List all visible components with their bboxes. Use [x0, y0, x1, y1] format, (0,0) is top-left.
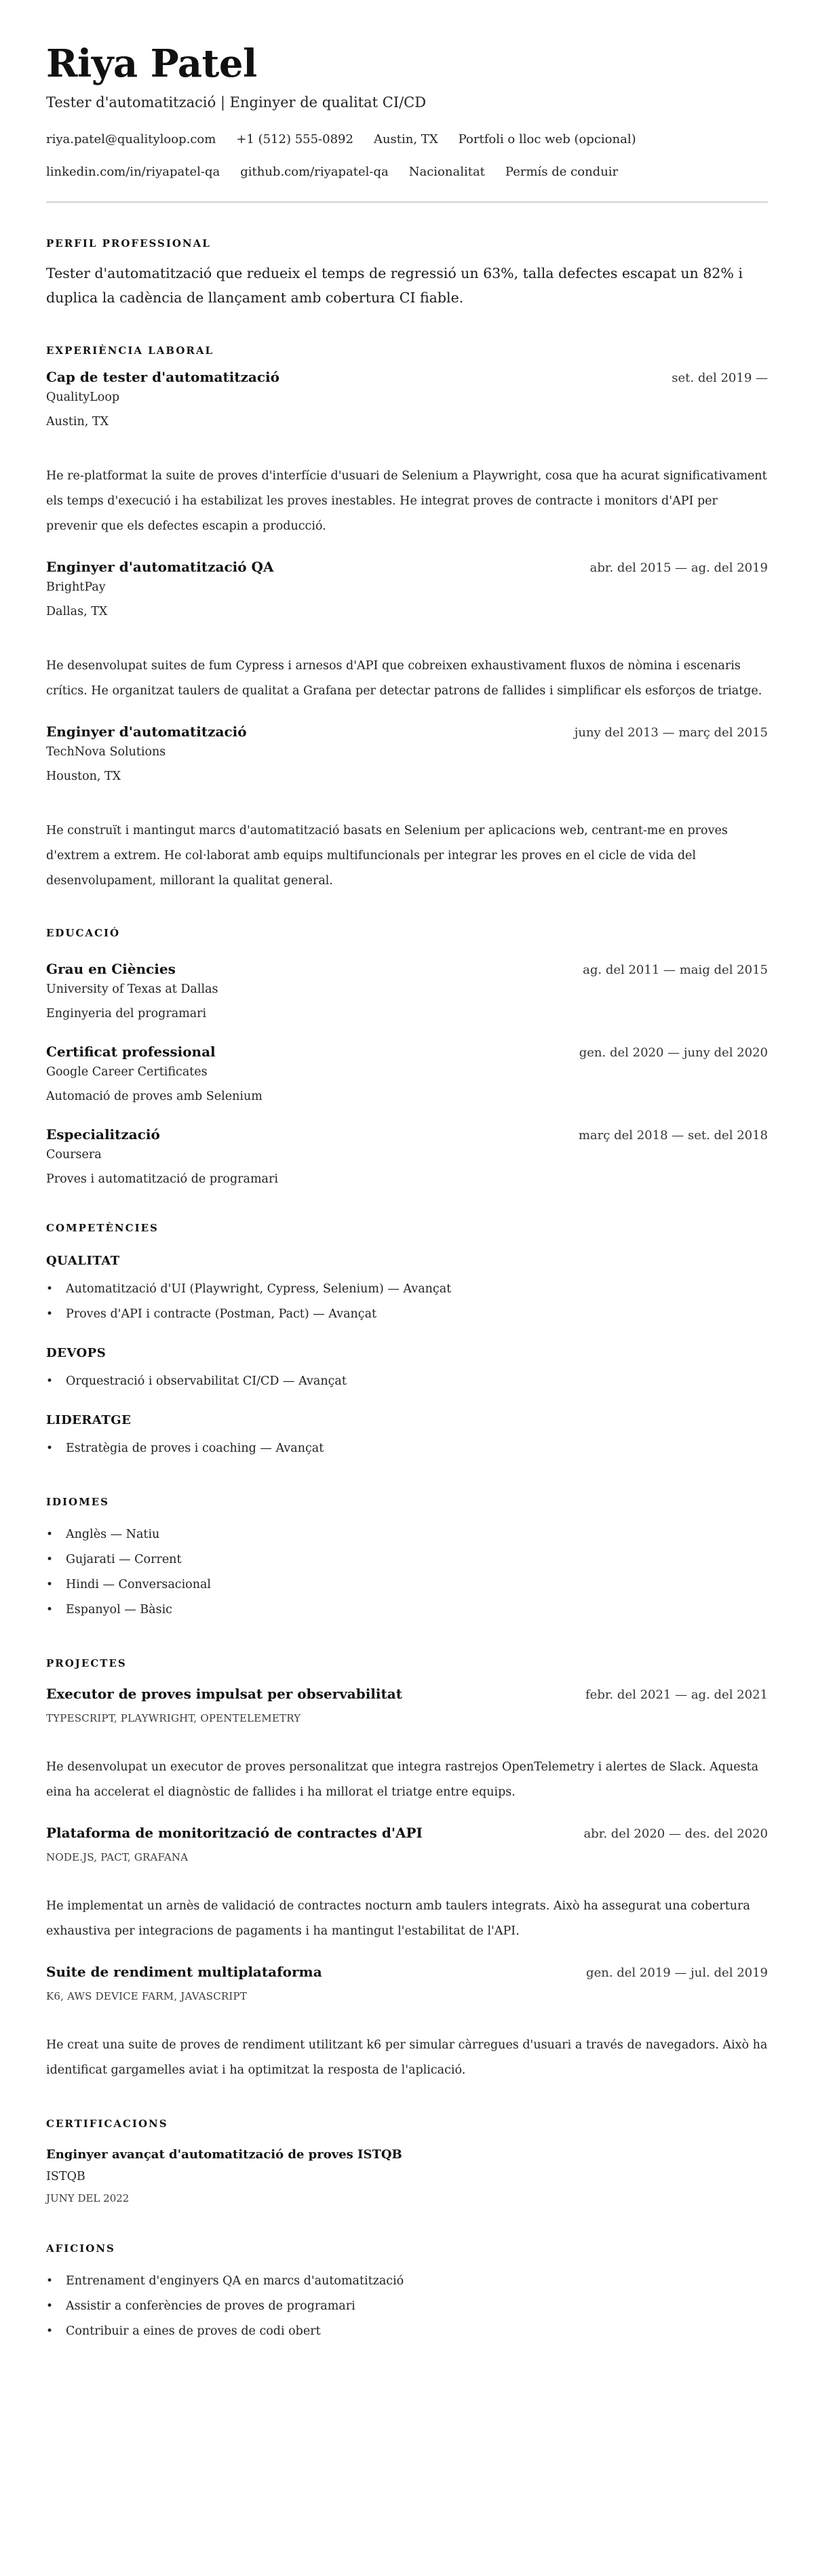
project-description: He desenvolupat un executor de proves pe… [46, 1755, 768, 1805]
language-list: Anglès — Natiu Gujarati — Corrent Hindi … [46, 1522, 768, 1623]
education-field: Proves i automatització de programari [46, 1170, 768, 1189]
certification-entry: Enginyer avançat d'automatització de pro… [46, 2145, 768, 2206]
project-dates: abr. del 2020 — des. del 2020 [583, 1825, 768, 1844]
section-title-profile: Perfil professional [46, 237, 768, 250]
profile-summary: Tester d'automatització que redueix el t… [46, 261, 768, 310]
contact-portfolio[interactable]: Portfoli o lloc web (opcional) [459, 131, 636, 148]
job-dates: abr. del 2015 — ag. del 2019 [590, 559, 768, 578]
language-item: Anglès — Natiu [46, 1522, 768, 1547]
contact-driving-license: Permís de conduir [505, 163, 618, 181]
job-location: Houston, TX [46, 767, 768, 786]
section-title-projects: Projectes [46, 1657, 768, 1670]
project-tech-stack: Node.js, Pact, Grafana [46, 1849, 768, 1865]
job-dates: set. del 2019 — [672, 369, 768, 388]
job-location: Dallas, TX [46, 602, 768, 621]
language-item: Gujarati — Corrent [46, 1547, 768, 1572]
section-title-skills: Competències [46, 1221, 768, 1235]
skill-category-leadership: Lideratge [46, 1412, 768, 1429]
hobby-item: Entrenament d'enginyers QA en marcs d'au… [46, 2269, 768, 2294]
job-entry: Enginyer d'automatització juny del 2013 … [46, 721, 768, 894]
languages-section: Idiomes Anglès — Natiu Gujarati — Corren… [46, 1495, 768, 1623]
skill-list-quality: Automatització d'UI (Playwright, Cypress… [46, 1277, 768, 1327]
contact-phone[interactable]: +1 (512) 555-0892 [236, 131, 353, 148]
hobbies-section: Aficions Entrenament d'enginyers QA en m… [46, 2242, 768, 2344]
section-title-experience: Experiència laboral [46, 344, 768, 357]
job-title: Enginyer d'automatització QA [46, 557, 273, 577]
project-entry: Executor de proves impulsat per observab… [46, 1684, 768, 1805]
contact-nationality: Nacionalitat [409, 163, 485, 181]
education-degree: Grau en Ciències [46, 959, 176, 979]
education-degree: Especialització [46, 1124, 160, 1145]
language-item: Hindi — Conversacional [46, 1572, 768, 1598]
project-dates: febr. del 2021 — ag. del 2021 [585, 1686, 768, 1705]
education-field: Enginyeria del programari [46, 1004, 768, 1023]
education-institution: Google Career Certificates [46, 1063, 768, 1082]
hobby-item: Assistir a conferències de proves de pro… [46, 2294, 768, 2319]
job-entry: Enginyer d'automatització QA abr. del 20… [46, 557, 768, 704]
education-dates: març del 2018 — set. del 2018 [579, 1126, 768, 1145]
project-dates: gen. del 2019 — jul. del 2019 [586, 1964, 768, 1983]
job-title: Enginyer d'automatització [46, 721, 247, 742]
education-field: Automació de proves amb Selenium [46, 1087, 768, 1106]
job-location: Austin, TX [46, 412, 768, 431]
certification-name: Enginyer avançat d'automatització de pro… [46, 2145, 768, 2164]
certification-date: Juny del 2022 [46, 2190, 768, 2206]
skill-category-quality: Qualitat [46, 1252, 768, 1270]
hobby-item: Contribuir a eines de proves de codi obe… [46, 2319, 768, 2344]
project-tech-stack: TypeScript, Playwright, OpenTelemetry [46, 1710, 768, 1726]
education-entry: Grau en Ciències ag. del 2011 — maig del… [46, 959, 768, 1023]
contact-github[interactable]: github.com/riyapatel-qa [240, 163, 389, 181]
profile-section: Perfil professional Tester d'automatitza… [46, 237, 768, 310]
resume-page: Riya Patel Tester d'automatització | Eng… [0, 0, 814, 2344]
section-title-certifications: Certificacions [46, 2117, 768, 2131]
project-title: Suite de rendiment multiplataforma [46, 1962, 322, 1982]
skill-item: Estratègia de proves i coaching — Avança… [46, 1436, 768, 1461]
candidate-headline: Tester d'automatització | Enginyer de qu… [46, 92, 768, 113]
projects-section: Projectes Executor de proves impulsat pe… [46, 1657, 768, 2083]
education-institution: University of Texas at Dallas [46, 980, 768, 999]
skill-list-devops: Orquestració i observabilitat CI/CD — Av… [46, 1369, 768, 1394]
skill-item: Proves d'API i contracte (Postman, Pact)… [46, 1302, 768, 1327]
job-description: He desenvolupat suites de fum Cypress i … [46, 654, 768, 704]
project-title: Plataforma de monitorització de contract… [46, 1823, 423, 1843]
job-company: TechNova Solutions [46, 742, 768, 761]
contact-email[interactable]: riya.patel@qualityloop.com [46, 131, 216, 148]
section-title-education: Educació [46, 926, 768, 940]
education-degree: Certificat professional [46, 1042, 216, 1062]
project-description: He implementat un arnès de validació de … [46, 1894, 768, 1944]
section-title-hobbies: Aficions [46, 2242, 768, 2255]
education-entry: Certificat professional gen. del 2020 — … [46, 1042, 768, 1106]
education-section: Educació Grau en Ciències ag. del 2011 —… [46, 926, 768, 1189]
header-divider [46, 201, 768, 203]
job-description: He re-platformat la suite de proves d'in… [46, 464, 768, 539]
project-tech-stack: k6, AWS Device Farm, JavaScript [46, 1988, 768, 2004]
job-company: BrightPay [46, 578, 768, 597]
contact-location: Austin, TX [374, 131, 438, 148]
skill-list-leadership: Estratègia de proves i coaching — Avança… [46, 1436, 768, 1461]
project-description: He creat una suite de proves de rendimen… [46, 2033, 768, 2083]
job-entry: Cap de tester d'automatització set. del … [46, 367, 768, 539]
hobby-list: Entrenament d'enginyers QA en marcs d'au… [46, 2269, 768, 2344]
resume-header: Riya Patel Tester d'automatització | Eng… [46, 39, 768, 181]
contact-row-primary: riya.patel@qualityloop.com +1 (512) 555-… [46, 131, 768, 148]
project-entry: Plataforma de monitorització de contract… [46, 1823, 768, 1944]
job-company: QualityLoop [46, 388, 768, 407]
language-item: Espanyol — Bàsic [46, 1598, 768, 1623]
contact-linkedin[interactable]: linkedin.com/in/riyapatel-qa [46, 163, 220, 181]
experience-section: Experiència laboral Cap de tester d'auto… [46, 344, 768, 894]
education-institution: Coursera [46, 1145, 768, 1164]
skill-category-devops: DevOps [46, 1345, 768, 1362]
job-dates: juny del 2013 — març del 2015 [575, 724, 768, 742]
project-title: Executor de proves impulsat per observab… [46, 1684, 402, 1704]
certification-issuer: ISTQB [46, 2167, 768, 2186]
candidate-name: Riya Patel [46, 39, 768, 88]
certifications-section: Certificacions Enginyer avançat d'automa… [46, 2117, 768, 2206]
skill-item: Automatització d'UI (Playwright, Cypress… [46, 1277, 768, 1302]
job-title: Cap de tester d'automatització [46, 367, 279, 387]
skill-item: Orquestració i observabilitat CI/CD — Av… [46, 1369, 768, 1394]
project-entry: Suite de rendiment multiplataforma gen. … [46, 1962, 768, 2083]
contact-row-secondary: linkedin.com/in/riyapatel-qa github.com/… [46, 163, 768, 181]
education-entry: Especialització març del 2018 — set. del… [46, 1124, 768, 1189]
job-description: He construït i mantingut marcs d'automat… [46, 818, 768, 894]
skills-section: Competències Qualitat Automatització d'U… [46, 1221, 768, 1461]
section-title-languages: Idiomes [46, 1495, 768, 1509]
education-dates: ag. del 2011 — maig del 2015 [583, 961, 768, 980]
education-dates: gen. del 2020 — juny del 2020 [579, 1044, 768, 1063]
